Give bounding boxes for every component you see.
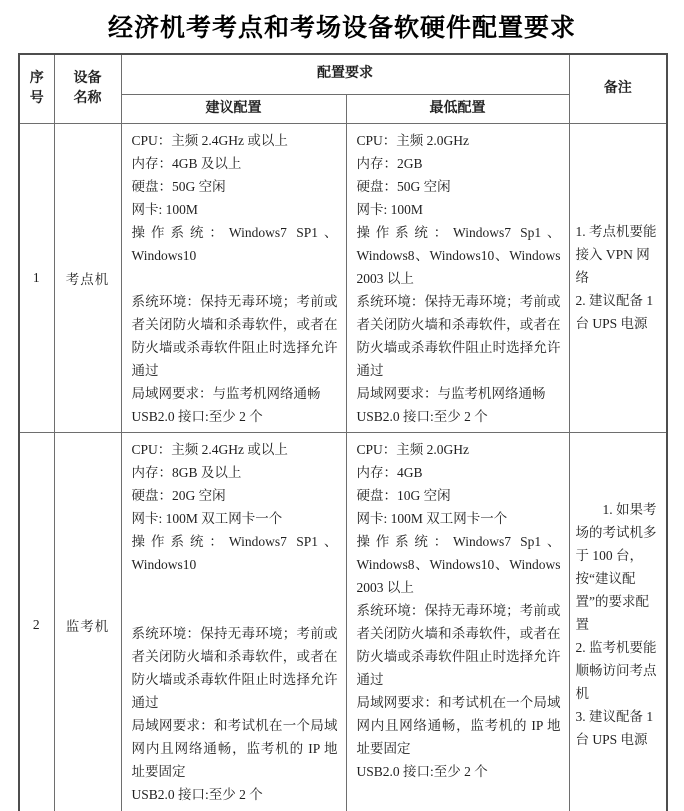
- spec-line: CPU：主频 2.4GHz 或以上: [132, 438, 338, 461]
- page-title: 经济机考考点和考场设备软硬件配置要求: [0, 0, 684, 44]
- spec-line: CPU：主频 2.0GHz: [357, 129, 561, 152]
- header-row-1: 序 号 设备 名称 配置要求 备注: [19, 54, 667, 94]
- row1-minimum-config-cell: CPU：主频 2.0GHz 内存：2GB 硬盘：50G 空闲 网卡: 100M …: [346, 123, 569, 432]
- remark-line: 1. 如果考场的考试机多于 100 台，按“建议配置”的要求配置: [576, 498, 663, 636]
- header-remarks: 备注: [569, 54, 667, 123]
- spec-line: 操作系统：Windows7 Sp1、Windows8、Windows10、Win…: [357, 221, 561, 290]
- table-row-invigilator-machine: 2 监考机 CPU：主频 2.4GHz 或以上 内存：8GB 及以上 硬盘：20…: [19, 432, 667, 811]
- remark-line: 1. 考点机要能接入 VPN 网络: [576, 220, 663, 289]
- document-page: 经济机考考点和考场设备软硬件配置要求 序 号 设备 名称 配置要求 备注 建议配…: [0, 0, 684, 811]
- spec-line: 系统环境：保持无毒环境；考前或者关闭防火墙和杀毒软件，或者在防火墙或杀毒软件阻止…: [132, 290, 338, 382]
- spec-line: 网卡: 100M 双工网卡一个: [132, 507, 338, 530]
- spec-line: 局域网要求：和考试机在一个局域网内且网络通畅，监考机的 IP 地址要固定: [132, 714, 338, 783]
- row1-remarks-cell: 1. 考点机要能接入 VPN 网络 2. 建议配备 1 台 UPS 电源: [569, 123, 667, 432]
- spec-line: USB2.0 接口:至少 2 个: [132, 405, 338, 428]
- spec-line: CPU：主频 2.0GHz: [357, 438, 561, 461]
- header-num-line1: 序: [20, 69, 54, 89]
- spec-line: 硬盘：50G 空闲: [357, 175, 561, 198]
- spec-line: 操作系统：Windows7 SP1、Windows10: [132, 221, 338, 267]
- spec-line: 网卡: 100M: [357, 198, 561, 221]
- spec-line: 网卡: 100M: [132, 198, 338, 221]
- remark-line: 2. 建议配备 1 台 UPS 电源: [576, 289, 663, 335]
- table-row-exam-site-machine: 1 考点机 CPU：主频 2.4GHz 或以上 内存：4GB 及以上 硬盘：50…: [19, 123, 667, 432]
- spec-line: 局域网要求：与监考机网络通畅: [357, 382, 561, 405]
- spec-line: CPU：主频 2.4GHz 或以上: [132, 129, 338, 152]
- spec-line: 硬盘：20G 空闲: [132, 484, 338, 507]
- row2-number: 2: [19, 432, 54, 811]
- spec-line: 硬盘：10G 空闲: [357, 484, 561, 507]
- row2-minimum-config-cell: CPU：主频 2.0GHz 内存：4GB 硬盘：10G 空闲 网卡: 100M …: [346, 432, 569, 811]
- spec-line: 内存：8GB 及以上: [132, 461, 338, 484]
- spec-line: USB2.0 接口:至少 2 个: [132, 783, 338, 806]
- header-num-line2: 号: [20, 89, 54, 109]
- header-minimum-config: 最低配置: [346, 94, 569, 123]
- config-requirements-table: 序 号 设备 名称 配置要求 备注 建议配置 最低配置 1 考点机 CPU：主频…: [18, 53, 668, 811]
- spec-line: 操作系统：Windows7 SP1、Windows10: [132, 530, 338, 576]
- spec-line: USB2.0 接口:至少 2 个: [357, 760, 561, 783]
- spec-line: 硬盘：50G 空闲: [132, 175, 338, 198]
- remark-line: 3. 建议配备 1 台 UPS 电源: [576, 705, 663, 751]
- row2-recommended-config-cell: CPU：主频 2.4GHz 或以上 内存：8GB 及以上 硬盘：20G 空闲 网…: [121, 432, 346, 811]
- header-device-name: 设备 名称: [54, 54, 121, 123]
- row1-recommended-config-cell: CPU：主频 2.4GHz 或以上 内存：4GB 及以上 硬盘：50G 空闲 网…: [121, 123, 346, 432]
- spec-line: USB2.0 接口:至少 2 个: [357, 405, 561, 428]
- spec-line: 内存：4GB: [357, 461, 561, 484]
- row1-device-name: 考点机: [54, 123, 121, 432]
- spec-line: 系统环境：保持无毒环境；考前或者关闭防火墙和杀毒软件，或者在防火墙或杀毒软件阻止…: [357, 599, 561, 691]
- row2-device-name: 监考机: [54, 432, 121, 811]
- spec-line: 局域网要求：和考试机在一个局域网内且网络通畅，监考机的 IP 地址要固定: [357, 691, 561, 760]
- spec-line: 网卡: 100M 双工网卡一个: [357, 507, 561, 530]
- spec-line: 系统环境：保持无毒环境；考前或者关闭防火墙和杀毒软件，或者在防火墙或杀毒软件阻止…: [357, 290, 561, 382]
- spec-line: 内存：2GB: [357, 152, 561, 175]
- header-config-requirements: 配置要求: [121, 54, 569, 94]
- spec-line: 局域网要求：与监考机网络通畅: [132, 382, 338, 405]
- remark-line: 2. 监考机要能顺畅访问考点机: [576, 636, 663, 705]
- row2-remarks-cell: 1. 如果考场的考试机多于 100 台，按“建议配置”的要求配置 2. 监考机要…: [569, 432, 667, 811]
- spec-line: 系统环境：保持无毒环境；考前或者关闭防火墙和杀毒软件，或者在防火墙或杀毒软件阻止…: [132, 622, 338, 714]
- row1-number: 1: [19, 123, 54, 432]
- header-recommended-config: 建议配置: [121, 94, 346, 123]
- spec-line: 内存：4GB 及以上: [132, 152, 338, 175]
- header-device-line1: 设备: [55, 69, 121, 89]
- header-device-line2: 名称: [55, 89, 121, 109]
- header-num: 序 号: [19, 54, 54, 123]
- spec-line: 操作系统：Windows7 Sp1、Windows8、Windows10、Win…: [357, 530, 561, 599]
